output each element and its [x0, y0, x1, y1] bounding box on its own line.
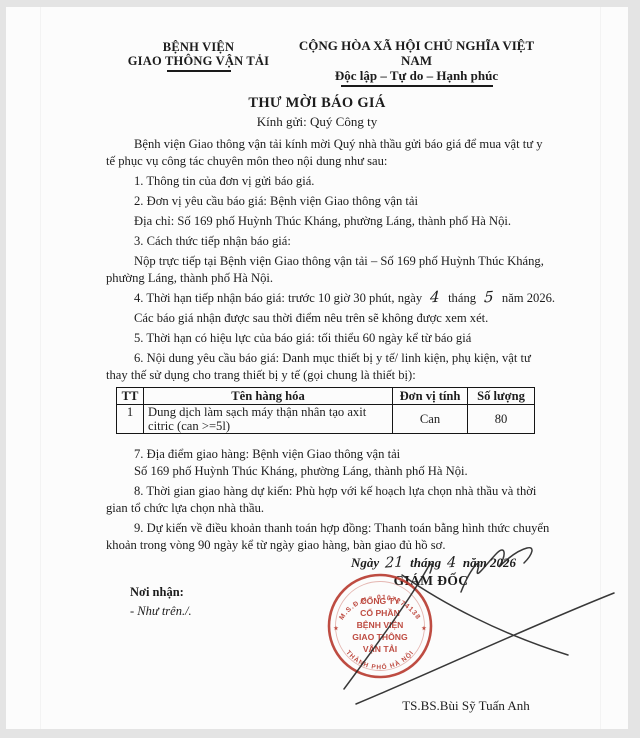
org-name-line2: GIAO THÔNG VẬN TẢI — [106, 54, 291, 68]
signer-name: TS.BS.Bùi Sỹ Tuấn Anh — [346, 698, 586, 714]
table-row: 1 Dung dịch làm sạch máy thận nhân tạo a… — [117, 405, 535, 434]
col-header-tt: TT — [117, 388, 144, 405]
col-header-name: Tên hàng hóa — [144, 388, 393, 405]
item4-thang: tháng — [448, 291, 476, 305]
body-line-item7: 7. Địa điểm giao hàng: Bệnh viện Giao th… — [106, 446, 546, 463]
body-line: Nộp trực tiếp tại Bệnh viện Giao thông v… — [106, 253, 546, 270]
body-line: Các báo giá nhận được sau thời điểm nêu … — [106, 310, 546, 327]
salutation: Kính gửi: Quý Công ty — [16, 114, 618, 130]
document-paper: BỆNH VIỆN GIAO THÔNG VẬN TẢI CỘNG HÒA XÃ… — [6, 7, 628, 729]
handwritten-date-month: 4 — [444, 555, 460, 570]
stamp-star-right: ★ — [422, 625, 428, 632]
org-underline — [167, 70, 231, 72]
col-header-unit: Đơn vị tính — [393, 388, 468, 405]
handwritten-day: 4 — [425, 289, 445, 304]
item4-suffix: năm 2026. — [502, 291, 555, 305]
body-line: thay thế sử dụng cho trang thiết bị y tế… — [106, 367, 546, 384]
stamp-line2: CỔ PHẦN — [360, 607, 400, 618]
body-line: khoản trong vòng 90 ngày kể từ ngày giao… — [106, 537, 546, 554]
recipients-label: Nơi nhận: — [130, 583, 192, 602]
cell-qty: 80 — [468, 405, 535, 434]
document-title: THƯ MỜI BÁO GIÁ — [16, 95, 618, 112]
stamp-line3: BỆNH VIỆN — [357, 619, 404, 630]
body-line: Số 169 phố Huỳnh Thúc Kháng, phường Láng… — [106, 463, 546, 480]
body-line-item9: 9. Dự kiến về điều khoản thanh toán hợp … — [106, 520, 546, 537]
recipients-block: Nơi nhận: - Như trên./. — [130, 583, 192, 621]
recipients-item: - Như trên./. — [130, 602, 192, 621]
stamp-line1: CÔNG TY — [360, 595, 399, 606]
hospital-stamp: M.S.Đ.N : 0107274138 THÀNH PHỐ HÀ NỘI ★ … — [322, 568, 438, 684]
stamp-line4: GIAO THÔNG — [352, 631, 408, 642]
item4-prefix: 4. Thời hạn tiếp nhận báo giá: trước 10 … — [134, 291, 422, 305]
body-line-item5: 5. Thời hạn có hiệu lực của báo giá: tối… — [106, 330, 546, 347]
cell-item-name: Dung dịch làm sạch máy thận nhân tạo axi… — [144, 405, 393, 434]
col-header-qty: Số lượng — [468, 388, 535, 405]
body-line-item2: 2. Đơn vị yêu cầu báo giá: Bệnh viện Gia… — [106, 193, 546, 210]
item-name-line1: Dung dịch làm sạch máy thận nhân tạo axi… — [148, 405, 388, 419]
national-motto-block: CỘNG HÒA XÃ HỘI CHỦ NGHĨA VIỆT NAM Độc l… — [289, 38, 544, 87]
date-word-nam: năm 2026 — [463, 555, 516, 570]
document-body: Bệnh viện Giao thông vận tải kính mời Qu… — [106, 136, 546, 554]
body-line: gian tổ chức lựa chọn nhà thầu. — [106, 500, 546, 517]
body-line: Bệnh viện Giao thông vận tải kính mời Qu… — [106, 136, 546, 153]
stamp-star-left: ★ — [334, 625, 340, 632]
national-motto: Độc lập – Tự do – Hạnh phúc — [289, 68, 544, 83]
body-line-item8: 8. Thời gian giao hàng dự kiến: Phù hợp … — [106, 483, 546, 500]
body-line-item1: 1. Thông tin của đơn vị gửi báo giá. — [106, 173, 546, 190]
org-name-line1: BỆNH VIỆN — [106, 40, 291, 54]
handwritten-month: 5 — [479, 289, 499, 304]
page-background: BỆNH VIỆN GIAO THÔNG VẬN TẢI CỘNG HÒA XÃ… — [0, 0, 640, 738]
national-title: CỘNG HÒA XÃ HỘI CHỦ NGHĨA VIỆT NAM — [289, 38, 544, 68]
body-line-item4: 4. Thời hạn tiếp nhận báo giá: trước 10 … — [106, 290, 546, 307]
body-line-address: Địa chỉ: Số 169 phố Huỳnh Thúc Kháng, ph… — [106, 213, 546, 230]
body-line-item6: 6. Nội dung yêu cầu báo giá: Danh mục th… — [106, 350, 546, 367]
body-line: tế phục vụ công tác chuyên môn theo nội … — [106, 153, 546, 170]
cell-tt: 1 — [117, 405, 144, 434]
motto-underline — [341, 85, 493, 87]
cell-unit: Can — [393, 405, 468, 434]
stamp-line5: VẬN TẢI — [363, 643, 397, 654]
table-header-row: TT Tên hàng hóa Đơn vị tính Số lượng — [117, 388, 535, 405]
body-line: phường Láng, thành phố Hà Nội. — [106, 270, 546, 287]
org-name-block: BỆNH VIỆN GIAO THÔNG VẬN TẢI — [106, 40, 291, 72]
item-name-line2: citric (can >=5l) — [148, 419, 388, 433]
quotation-items-table: TT Tên hàng hóa Đơn vị tính Số lượng 1 D… — [116, 387, 535, 434]
body-line-item3: 3. Cách thức tiếp nhận báo giá: — [106, 233, 546, 250]
